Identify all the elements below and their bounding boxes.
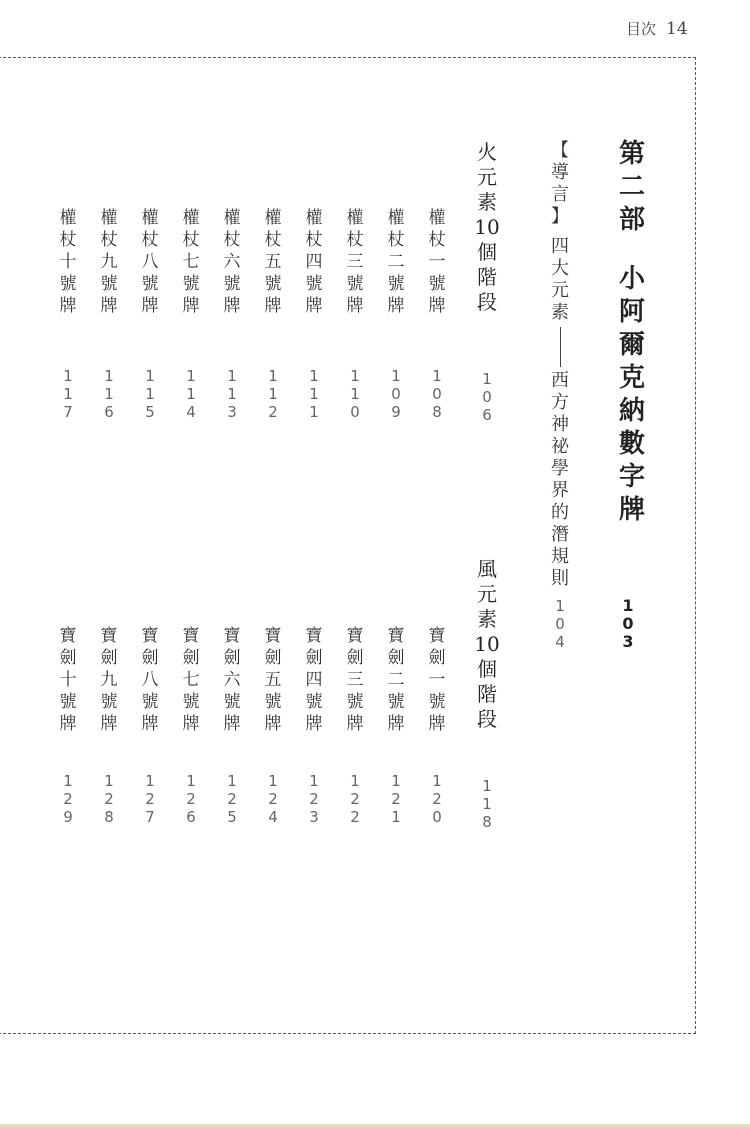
entry-glyph: 五 <box>265 251 282 273</box>
digit: 1 <box>227 772 237 790</box>
intro-glyph: 元 <box>551 280 569 302</box>
entry-glyph: 權 <box>306 207 323 229</box>
entry-glyph: 號 <box>60 273 77 295</box>
digit: 2 <box>104 790 114 808</box>
entry-glyph: 牌 <box>142 713 159 735</box>
digit: 1 <box>391 772 401 790</box>
entry-glyph: 號 <box>142 273 159 295</box>
digit: 1 <box>350 367 360 385</box>
intro-label-glyph: 言 <box>551 184 569 206</box>
entry-glyph: 號 <box>388 691 405 713</box>
entry-page-number: 110 <box>345 367 365 421</box>
entry-glyph: 權 <box>142 207 159 229</box>
heading-glyph: 素 <box>477 190 497 215</box>
entry-glyph: 號 <box>388 273 405 295</box>
entry-glyph: 杖 <box>347 229 364 251</box>
heading-glyph: 個 <box>477 657 497 682</box>
entry-glyph: 二 <box>388 669 405 691</box>
entry-glyph: 寶 <box>429 625 446 647</box>
entry-glyph: 杖 <box>224 229 241 251</box>
digit: 1 <box>482 370 492 388</box>
digit: 5 <box>227 808 237 826</box>
toc-entry[interactable]: 寶劍七號牌 <box>179 625 203 735</box>
section-page-number: 118 <box>477 777 497 831</box>
entry-glyph: 一 <box>429 251 446 273</box>
entry-glyph: 牌 <box>347 713 364 735</box>
digit: 2 <box>350 808 360 826</box>
toc-entry[interactable]: 寶劍二號牌 <box>384 625 408 735</box>
entry-glyph: 杖 <box>388 229 405 251</box>
digit: 5 <box>145 403 155 421</box>
entry-glyph: 寶 <box>101 625 118 647</box>
entry-glyph: 號 <box>101 691 118 713</box>
intro-glyph: 大 <box>551 258 569 280</box>
digit: 2 <box>145 790 155 808</box>
entry-glyph: 牌 <box>429 295 446 317</box>
entry-glyph: 二 <box>388 251 405 273</box>
toc-entry[interactable]: 權杖七號牌 <box>179 207 203 317</box>
em-dash-rule <box>560 327 561 367</box>
digit: 3 <box>227 403 237 421</box>
digit: 2 <box>63 790 73 808</box>
entry-glyph: 八 <box>142 669 159 691</box>
entry-glyph: 牌 <box>60 713 77 735</box>
entry-glyph: 六 <box>224 251 241 273</box>
entry-glyph: 寶 <box>142 625 159 647</box>
digit: 9 <box>391 403 401 421</box>
entry-glyph: 七 <box>183 669 200 691</box>
entry-glyph: 號 <box>429 691 446 713</box>
entry-page-number: 121 <box>386 772 406 826</box>
digit: 2 <box>309 790 319 808</box>
entry-glyph: 牌 <box>347 295 364 317</box>
entry-glyph: 號 <box>306 273 323 295</box>
entry-glyph: 寶 <box>347 625 364 647</box>
digit: 3 <box>622 633 633 651</box>
section-heading: 風元素10個階段 <box>472 557 502 732</box>
part-page-number: 103 <box>618 597 638 651</box>
digit: 0 <box>350 403 360 421</box>
digit: 1 <box>145 385 155 403</box>
digit: 6 <box>482 406 492 424</box>
entry-glyph: 一 <box>429 669 446 691</box>
entry-glyph: 權 <box>60 207 77 229</box>
entry-glyph: 劍 <box>183 647 200 669</box>
intro-glyph: 方 <box>551 392 569 414</box>
entry-page-number: 124 <box>263 772 283 826</box>
intro-label-glyph: 導 <box>551 162 569 184</box>
heading-glyph: 10 <box>474 632 499 657</box>
digit: 1 <box>309 385 319 403</box>
part-title-glyph: 字 <box>619 461 645 494</box>
heading-glyph: 風 <box>477 557 497 582</box>
entry-glyph: 十 <box>60 251 77 273</box>
part-label-glyph: 二 <box>619 171 645 204</box>
digit: 1 <box>186 385 196 403</box>
digit: 0 <box>432 808 442 826</box>
intro-glyph: 西 <box>551 370 569 392</box>
digit: 6 <box>104 403 114 421</box>
digit: 1 <box>145 367 155 385</box>
entry-glyph: 劍 <box>347 647 364 669</box>
intro-glyph: 界 <box>551 480 569 502</box>
page-number: 14 <box>666 19 688 39</box>
entry-glyph: 號 <box>429 273 446 295</box>
part-label-glyph: 部 <box>619 204 645 237</box>
toc-entry[interactable]: 權杖三號牌 <box>343 207 367 317</box>
heading-glyph: 段 <box>477 290 497 315</box>
content-frame <box>0 57 696 1034</box>
entry-glyph: 號 <box>101 273 118 295</box>
entry-glyph: 號 <box>224 273 241 295</box>
toc-entry[interactable]: 權杖九號牌 <box>97 207 121 317</box>
entry-glyph: 權 <box>265 207 282 229</box>
part-title-glyph: 克 <box>619 362 645 395</box>
entry-page-number: 127 <box>140 772 160 826</box>
entry-page-number: 108 <box>427 367 447 421</box>
intro-label-glyph: 】 <box>551 206 569 228</box>
intro-label-glyph: 【 <box>551 140 569 162</box>
toc-entry[interactable]: 權杖八號牌 <box>138 207 162 317</box>
digit: 7 <box>63 403 73 421</box>
entry-glyph: 牌 <box>429 713 446 735</box>
digit: 1 <box>63 367 73 385</box>
heading-glyph: 元 <box>477 582 497 607</box>
digit: 8 <box>482 813 492 831</box>
entry-glyph: 五 <box>265 669 282 691</box>
entry-page-number: 112 <box>263 367 283 421</box>
entry-glyph: 牌 <box>142 295 159 317</box>
intro-glyph: 學 <box>551 458 569 480</box>
entry-glyph: 八 <box>142 251 159 273</box>
toc-entry[interactable]: 寶劍八號牌 <box>138 625 162 735</box>
heading-glyph: 段 <box>477 707 497 732</box>
toc-entry[interactable]: 權杖五號牌 <box>261 207 285 317</box>
digit: 1 <box>268 367 278 385</box>
entry-glyph: 十 <box>60 669 77 691</box>
entry-glyph: 劍 <box>388 647 405 669</box>
entry-glyph: 劍 <box>429 647 446 669</box>
entry-glyph: 號 <box>306 691 323 713</box>
digit: 6 <box>186 808 196 826</box>
digit: 2 <box>391 790 401 808</box>
digit: 1 <box>391 367 401 385</box>
entry-glyph: 杖 <box>101 229 118 251</box>
digit: 1 <box>309 772 319 790</box>
entry-glyph: 號 <box>224 691 241 713</box>
digit: 1 <box>268 385 278 403</box>
intro-glyph: 則 <box>551 568 569 590</box>
digit: 1 <box>432 772 442 790</box>
digit: 9 <box>63 808 73 826</box>
digit: 1 <box>104 385 114 403</box>
entry-glyph: 寶 <box>224 625 241 647</box>
digit: 1 <box>482 777 492 795</box>
entry-page-number: 120 <box>427 772 447 826</box>
intro-glyph: 神 <box>551 414 569 436</box>
entry-page-number: 115 <box>140 367 160 421</box>
entry-page-number: 126 <box>181 772 201 826</box>
entry-page-number: 114 <box>181 367 201 421</box>
part-label-glyph: 第 <box>619 138 645 171</box>
entry-glyph: 權 <box>101 207 118 229</box>
entry-glyph: 劍 <box>101 647 118 669</box>
digit: 1 <box>309 367 319 385</box>
toc-entry[interactable]: 寶劍九號牌 <box>97 625 121 735</box>
entry-glyph: 牌 <box>388 295 405 317</box>
intro-glyph: 的 <box>551 502 569 524</box>
digit: 0 <box>622 615 633 633</box>
entry-glyph: 牌 <box>60 295 77 317</box>
entry-glyph: 寶 <box>306 625 323 647</box>
entry-glyph: 牌 <box>183 295 200 317</box>
entry-glyph: 牌 <box>265 295 282 317</box>
digit: 1 <box>350 772 360 790</box>
entry-glyph: 四 <box>306 669 323 691</box>
digit: 4 <box>268 808 278 826</box>
toc-entry[interactable]: 寶劍五號牌 <box>261 625 285 735</box>
digit: 1 <box>227 385 237 403</box>
entry-glyph: 牌 <box>101 713 118 735</box>
entry-glyph: 杖 <box>183 229 200 251</box>
part-title-glyph: 阿 <box>619 296 645 329</box>
heading-glyph: 火 <box>477 140 497 165</box>
digit: 2 <box>268 403 278 421</box>
digit: 1 <box>309 403 319 421</box>
entry-glyph: 權 <box>347 207 364 229</box>
heading-glyph: 階 <box>477 682 497 707</box>
section-page-number: 106 <box>477 370 497 424</box>
digit: 1 <box>63 385 73 403</box>
page-header: 目次14 <box>626 18 688 39</box>
entry-glyph: 號 <box>265 273 282 295</box>
entry-glyph: 號 <box>265 691 282 713</box>
part-title: 第二部小阿爾克納數字牌 <box>608 138 656 527</box>
entry-glyph: 牌 <box>265 713 282 735</box>
entry-glyph: 劍 <box>224 647 241 669</box>
digit: 1 <box>186 772 196 790</box>
digit: 2 <box>432 790 442 808</box>
part-title-glyph: 納 <box>619 395 645 428</box>
toc-entry[interactable]: 寶劍六號牌 <box>220 625 244 735</box>
toc-entry[interactable]: 權杖一號牌 <box>425 207 449 317</box>
toc-entry[interactable]: 權杖二號牌 <box>384 207 408 317</box>
digit: 1 <box>432 367 442 385</box>
digit: 4 <box>186 403 196 421</box>
entry-glyph: 牌 <box>306 295 323 317</box>
heading-glyph: 元 <box>477 165 497 190</box>
entry-glyph: 號 <box>183 273 200 295</box>
section-heading: 火元素10個階段 <box>472 140 502 315</box>
entry-glyph: 三 <box>347 669 364 691</box>
entry-page-number: 123 <box>304 772 324 826</box>
entry-glyph: 杖 <box>306 229 323 251</box>
digit: 1 <box>227 367 237 385</box>
entry-glyph: 九 <box>101 251 118 273</box>
digit: 1 <box>391 808 401 826</box>
entry-glyph: 號 <box>183 691 200 713</box>
entry-glyph: 號 <box>347 691 364 713</box>
entry-glyph: 權 <box>429 207 446 229</box>
entry-glyph: 牌 <box>224 713 241 735</box>
intro-page-number: 104 <box>550 597 570 651</box>
entry-page-number: 113 <box>222 367 242 421</box>
entry-glyph: 劍 <box>265 647 282 669</box>
entry-glyph: 權 <box>183 207 200 229</box>
entry-glyph: 杖 <box>60 229 77 251</box>
entry-glyph: 牌 <box>388 713 405 735</box>
entry-glyph: 三 <box>347 251 364 273</box>
heading-glyph: 階 <box>477 265 497 290</box>
part-title-glyph: 數 <box>619 428 645 461</box>
part-title-glyph: 牌 <box>619 494 645 527</box>
entry-glyph: 號 <box>347 273 364 295</box>
heading-glyph: 個 <box>477 240 497 265</box>
toc-entry[interactable]: 權杖十號牌 <box>56 207 80 317</box>
toc-entry[interactable]: 寶劍十號牌 <box>56 625 80 735</box>
digit: 1 <box>104 772 114 790</box>
digit: 7 <box>145 808 155 826</box>
intro-glyph: 祕 <box>551 436 569 458</box>
digit: 1 <box>104 367 114 385</box>
entry-page-number: 125 <box>222 772 242 826</box>
entry-glyph: 牌 <box>101 295 118 317</box>
digit: 0 <box>391 385 401 403</box>
entry-glyph: 七 <box>183 251 200 273</box>
digit: 0 <box>482 388 492 406</box>
entry-glyph: 號 <box>142 691 159 713</box>
entry-glyph: 權 <box>224 207 241 229</box>
part-title-glyph: 小 <box>619 263 645 296</box>
intro-glyph: 潛 <box>551 524 569 546</box>
entry-glyph: 杖 <box>265 229 282 251</box>
digit: 2 <box>186 790 196 808</box>
entry-glyph: 權 <box>388 207 405 229</box>
entry-glyph: 牌 <box>306 713 323 735</box>
entry-page-number: 117 <box>58 367 78 421</box>
section-label: 目次 <box>626 20 656 38</box>
heading-glyph: 10 <box>474 215 499 240</box>
toc-entry[interactable]: 權杖四號牌 <box>302 207 326 317</box>
entry-glyph: 六 <box>224 669 241 691</box>
intro-entry: 【導言】四大元素西方神祕學界的潛規則 <box>546 140 574 590</box>
toc-entry[interactable]: 權杖六號牌 <box>220 207 244 317</box>
toc-entry[interactable]: 寶劍四號牌 <box>302 625 326 735</box>
intro-glyph: 素 <box>551 302 569 324</box>
entry-glyph: 寶 <box>60 625 77 647</box>
digit: 0 <box>432 385 442 403</box>
digit: 4 <box>555 633 565 651</box>
digit: 1 <box>145 772 155 790</box>
entry-glyph: 劍 <box>306 647 323 669</box>
digit: 1 <box>555 597 565 615</box>
entry-glyph: 寶 <box>183 625 200 647</box>
entry-page-number: 116 <box>99 367 119 421</box>
part-title-glyph: 爾 <box>619 329 645 362</box>
digit: 2 <box>227 790 237 808</box>
entry-glyph: 牌 <box>183 713 200 735</box>
digit: 2 <box>350 790 360 808</box>
entry-glyph: 杖 <box>429 229 446 251</box>
entry-page-number: 129 <box>58 772 78 826</box>
entry-page-number: 128 <box>99 772 119 826</box>
digit: 1 <box>482 795 492 813</box>
digit: 8 <box>104 808 114 826</box>
digit: 0 <box>555 615 565 633</box>
entry-glyph: 牌 <box>224 295 241 317</box>
entry-glyph: 杖 <box>142 229 159 251</box>
entry-glyph: 劍 <box>142 647 159 669</box>
intro-glyph: 四 <box>551 236 569 258</box>
entry-glyph: 劍 <box>60 647 77 669</box>
digit: 1 <box>186 367 196 385</box>
entry-glyph: 號 <box>60 691 77 713</box>
digit: 3 <box>309 808 319 826</box>
entry-page-number: 111 <box>304 367 324 421</box>
entry-page-number: 122 <box>345 772 365 826</box>
digit: 2 <box>268 790 278 808</box>
intro-glyph: 規 <box>551 546 569 568</box>
heading-glyph: 素 <box>477 607 497 632</box>
entry-glyph: 寶 <box>388 625 405 647</box>
toc-entry[interactable]: 寶劍一號牌 <box>425 625 449 735</box>
digit: 1 <box>622 597 633 615</box>
entry-glyph: 寶 <box>265 625 282 647</box>
entry-glyph: 九 <box>101 669 118 691</box>
digit: 1 <box>268 772 278 790</box>
digit: 1 <box>350 385 360 403</box>
entry-glyph: 四 <box>306 251 323 273</box>
toc-entry[interactable]: 寶劍三號牌 <box>343 625 367 735</box>
entry-page-number: 109 <box>386 367 406 421</box>
digit: 1 <box>63 772 73 790</box>
digit: 8 <box>432 403 442 421</box>
